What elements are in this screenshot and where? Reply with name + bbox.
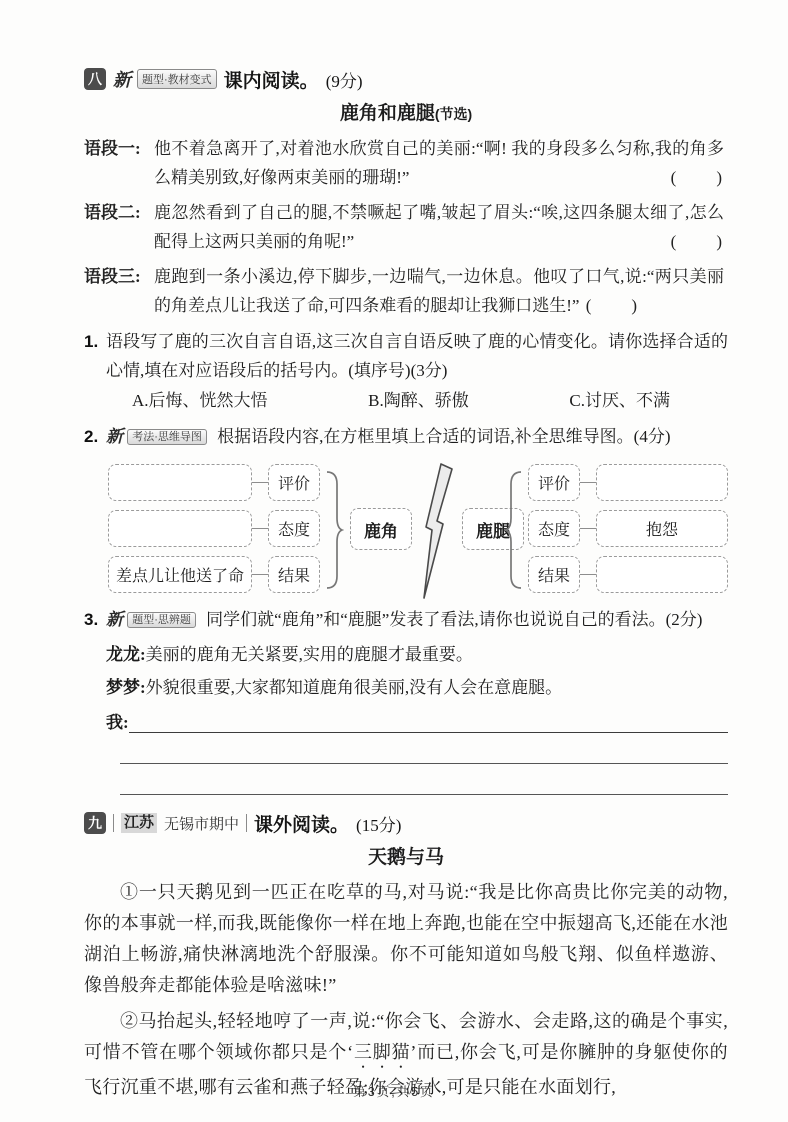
question-2: 2. 新 考法·思维导图 根据语段内容,在方框里填上合适的词语,补全思维导图。(…	[84, 422, 728, 454]
mindmap-node-antlers: 鹿角	[350, 508, 412, 550]
mindmap-label-evaluation-right: 评价	[528, 464, 580, 501]
passage-subtitle: (节选)	[435, 106, 472, 122]
reading-passage-title: 鹿角和鹿腿(节选)	[84, 100, 728, 128]
emphasized-idiom: 三脚猫	[353, 1042, 410, 1062]
label-text: 结果	[538, 563, 570, 586]
passage-title-text: 天鹅与马	[368, 847, 444, 868]
page-footer: 第3页,共5页	[0, 1082, 788, 1100]
speaker-name: 梦梦:	[106, 678, 146, 697]
label-text: 态度	[538, 517, 570, 540]
connector-line	[580, 574, 596, 575]
connector-line	[252, 574, 268, 575]
passage-3: 语段三: 鹿跑到一条小溪边,停下脚步,一边喘气,一边休息。他叹了口气,说:“两只…	[84, 262, 728, 320]
section-9-number-badge: 九	[84, 812, 106, 834]
label-text: 评价	[278, 471, 310, 494]
opinion-text: 外貌很重要,大家都知道鹿角很美丽,没有人会在意鹿腿。	[146, 678, 563, 697]
question-1-options: A.后悔、恍然大悟 B.陶醉、骄傲 C.讨厌、不满	[84, 387, 728, 415]
new-tag-prefix: 新	[106, 427, 122, 446]
question-3: 3. 新 题型·思辨题 同学们就“鹿角”和“鹿腿”发表了看法,请你也说说自己的看…	[84, 605, 728, 637]
question-3-body: 新 题型·思辨题 同学们就“鹿角”和“鹿腿”发表了看法,请你也说说自己的看法。(…	[106, 605, 728, 637]
passage-title-text: 鹿角和鹿腿	[340, 103, 435, 124]
option-b[interactable]: B.陶醉、骄傲	[368, 387, 469, 415]
section-8-header: 八 新 题型·教材变式 课内阅读。 (9分)	[84, 66, 728, 92]
mindmap-label-attitude-right: 态度	[528, 510, 580, 547]
mindmap-blank-box-left-evaluation[interactable]	[108, 464, 252, 501]
section-8-title: 课内阅读。	[224, 66, 319, 93]
answer-blank-line[interactable]	[120, 764, 728, 795]
passage-1: 语段一: 他不着急离开了,对着池水欣赏自己的美丽:“啊! 我的身段多么匀称,我的…	[84, 134, 728, 192]
mindmap-label-attitude-left: 态度	[268, 510, 320, 547]
option-a[interactable]: A.后悔、恍然大悟	[132, 387, 268, 415]
label-text: 评价	[538, 471, 570, 494]
section-9-score: (15分)	[356, 811, 401, 836]
passage-2: 语段二: 鹿忽然看到了自己的腿,不禁噘起了嘴,皱起了眉头:“唉,这四条腿太细了,…	[84, 198, 728, 256]
my-answer-label: 我:	[106, 708, 129, 733]
section-8-number-badge: 八	[84, 68, 106, 90]
passage-1-label: 语段一:	[84, 134, 141, 163]
answer-blank-line[interactable]	[129, 709, 728, 733]
connector-line	[252, 528, 268, 529]
passage-1-text: 他不着急离开了,对着池水欣赏自己的美丽:“啊! 我的身段多么匀称,我的角多么精美…	[154, 139, 724, 187]
question-type-tag: 考法·思维导图	[127, 429, 207, 445]
mindmap-right-value-2: 抱怨	[646, 517, 678, 540]
divider	[246, 814, 247, 832]
exam-source-label: 无锡市期中	[164, 813, 239, 834]
mindmap-label-result-left: 结果	[268, 556, 320, 593]
mindmap-blank-box-right-result[interactable]	[596, 556, 728, 593]
connector-line	[580, 482, 596, 483]
passage-2-label: 语段二:	[84, 198, 141, 227]
mindmap-filled-box-left-result: 差点儿让他送了命	[108, 556, 252, 593]
passage-3-answer-bracket[interactable]: ( )	[584, 296, 639, 315]
my-answer-row: 我:	[84, 706, 728, 733]
passage-3-label: 语段三:	[84, 262, 141, 291]
connector-line	[580, 528, 596, 529]
region-badge: 江苏	[121, 813, 157, 833]
new-tag-prefix: 新	[113, 66, 130, 92]
passage-1-answer-bracket[interactable]: ( )	[665, 163, 724, 192]
mindmap-left-value-3: 差点儿让他送了命	[116, 563, 244, 586]
question-2-number: 2.	[84, 422, 106, 454]
mindmap-label-evaluation-left: 评价	[268, 464, 320, 501]
mindmap-blank-box-right-evaluation[interactable]	[596, 464, 728, 501]
answer-blank-line[interactable]	[120, 733, 728, 764]
opinion-mengmeng: 梦梦:外貌很重要,大家都知道鹿角很美丽,没有人会在意鹿腿。	[84, 672, 728, 703]
connector-line	[252, 482, 268, 483]
curly-brace-right	[504, 470, 524, 590]
opinion-longlong: 龙龙:美丽的鹿角无关紧要,实用的鹿腿才最重要。	[84, 639, 728, 670]
question-1: 1. 语段写了鹿的三次自言自语,这三次自言自语反映了鹿的心情变化。请你选择合适的…	[84, 327, 728, 385]
question-type-tag: 题型·思辨题	[127, 612, 196, 628]
question-type-tag: 题型·教材变式	[137, 69, 217, 89]
worksheet-page: 八 新 题型·教材变式 课内阅读。 (9分) 鹿角和鹿腿(节选) 语段一: 他不…	[0, 0, 788, 1103]
opinion-text: 美丽的鹿角无关紧要,实用的鹿腿才最重要。	[146, 645, 473, 664]
passage-2-answer-bracket[interactable]: ( )	[665, 227, 724, 256]
label-text: 态度	[278, 517, 310, 540]
new-tag-prefix: 新	[106, 610, 122, 629]
question-1-number: 1.	[84, 327, 106, 385]
story-paragraph-1: ①一只天鹅见到一匹正在吃草的马,对马说:“我是比你高贵比你完美的动物,你的本事就…	[84, 877, 728, 1001]
mindmap-label-result-right: 结果	[528, 556, 580, 593]
section-9: 九 江苏 无锡市期中 课外阅读。 (15分) 天鹅与马 ①一只天鹅见到一匹正在吃…	[84, 810, 728, 1103]
mindmap-blank-box-left-attitude[interactable]	[108, 510, 252, 547]
passage-2-text: 鹿忽然看到了自己的腿,不禁噘起了嘴,皱起了眉头:“唉,这四条腿太细了,怎么配得上…	[154, 203, 724, 251]
speaker-name: 龙龙:	[106, 645, 146, 664]
antlers-text: 鹿角	[364, 517, 398, 542]
question-2-body: 新 考法·思维导图 根据语段内容,在方框里填上合适的词语,补全思维导图。(4分)	[106, 422, 728, 454]
option-c[interactable]: C.讨厌、不满	[569, 387, 670, 415]
divider	[113, 814, 114, 832]
label-text: 结果	[278, 563, 310, 586]
curly-brace-left	[324, 470, 344, 590]
question-1-text: 语段写了鹿的三次自言自语,这三次自言自语反映了鹿的心情变化。请你选择合适的心情,…	[106, 327, 728, 385]
question-3-number: 3.	[84, 605, 106, 637]
mindmap-filled-box-right-attitude: 抱怨	[596, 510, 728, 547]
reading-passage-title-2: 天鹅与马	[84, 844, 728, 872]
question-2-text: 根据语段内容,在方框里填上合适的词语,补全思维导图。(4分)	[217, 427, 670, 446]
lightning-bolt-icon	[414, 461, 458, 601]
mindmap-diagram: 差点儿让他送了命 评价 态度 结果 鹿角 鹿腿 评价 态度 结果	[84, 464, 728, 598]
section-9-header: 九 江苏 无锡市期中 课外阅读。 (15分)	[84, 810, 728, 836]
section-8-score: (9分)	[326, 67, 363, 92]
question-3-text: 同学们就“鹿角”和“鹿腿”发表了看法,请你也说说自己的看法。(2分)	[206, 610, 702, 629]
section-9-title: 课外阅读。	[254, 810, 349, 837]
